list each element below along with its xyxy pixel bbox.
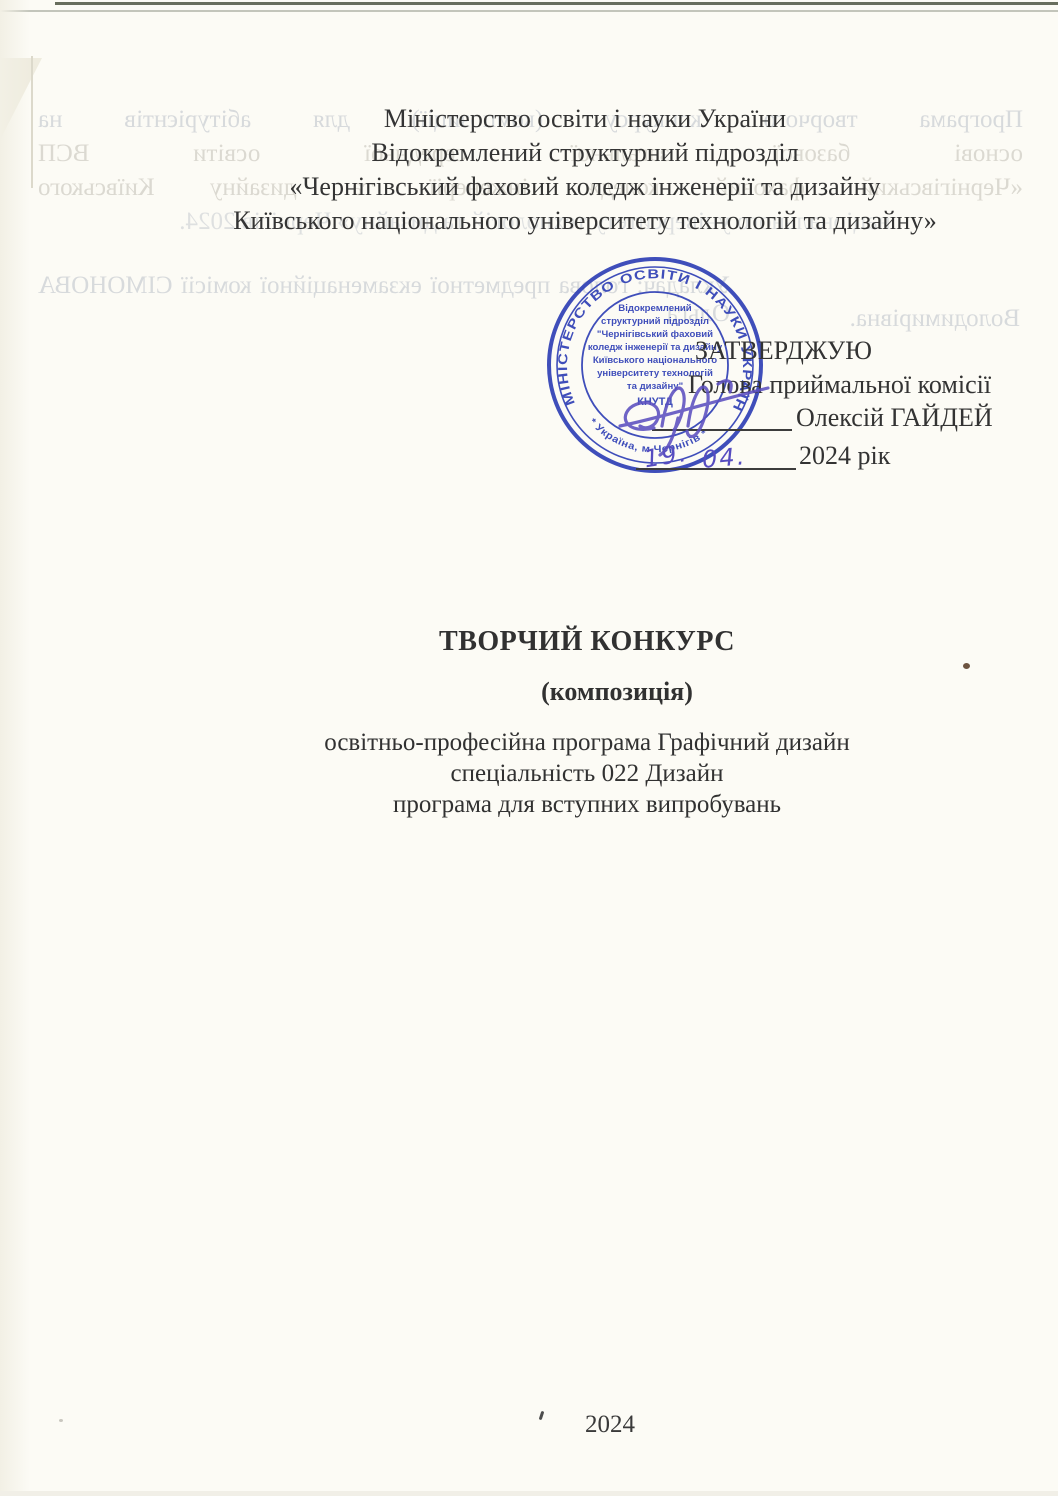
stamp-center-line: Відокремлений: [618, 303, 692, 314]
bleedthrough-line: Володимирівна.: [860, 305, 1020, 333]
scanned-document-page: Програма творчого конкурсу (композиції) …: [0, 0, 1058, 1496]
footer-year: 2024: [115, 1411, 1058, 1439]
header-line-college: «Чернігівський фаховий коледж інженерії …: [90, 170, 1058, 204]
scan-edge-line: [55, 2, 1058, 5]
paper-speck: [59, 1419, 63, 1422]
specialty-line: спеціальність 022 Дизайн: [92, 760, 1058, 788]
page-edge-crease: [31, 56, 33, 188]
ministry-header: Міністерство освіти і науки України Відо…: [90, 102, 1058, 238]
program-line: освітньо-професійна програма Графічний д…: [92, 729, 1058, 757]
stamp-center-line: структурний підрозділ: [601, 316, 709, 327]
document-subtitle: (композиція): [122, 677, 1058, 707]
scan-edge-line: [0, 10, 1058, 12]
document-title: ТВОРЧИЙ КОНКУРС: [92, 626, 1058, 658]
signature-ink: [600, 360, 815, 465]
purpose-line: програма для вступних випробувань: [92, 791, 1058, 819]
header-line-ministry: Міністерство освіти і науки України: [90, 102, 1058, 136]
header-line-subdivision: Відокремлений структурний підрозділ: [90, 136, 1058, 170]
scan-shadow: [0, 0, 30, 1496]
header-line-university: Київського національного університету те…: [90, 204, 1058, 238]
scan-shadow: [0, 1491, 1058, 1496]
approver-name: Олексій ГАЙДЕЙ: [796, 403, 993, 433]
paper-speck: [963, 663, 970, 669]
